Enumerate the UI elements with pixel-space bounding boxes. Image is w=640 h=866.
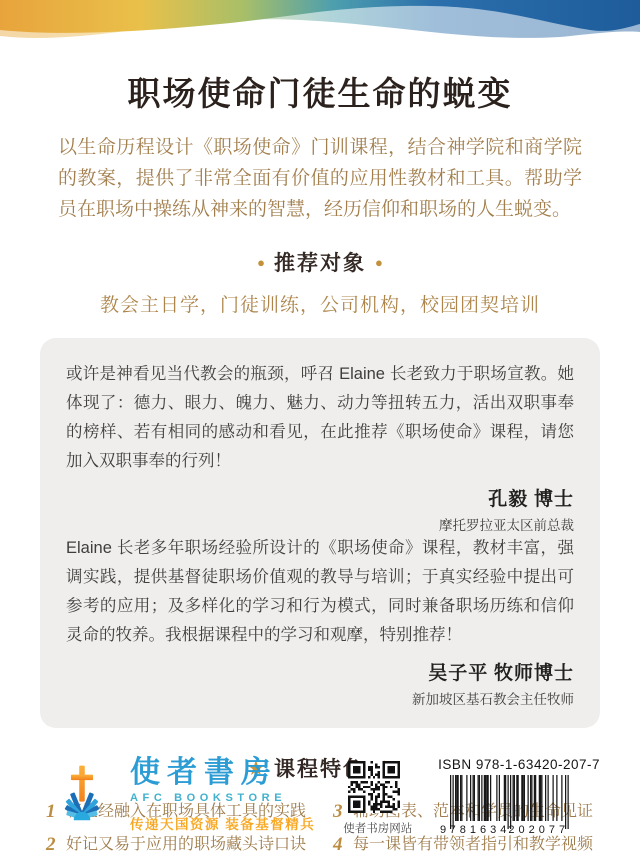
intro-paragraph: 以生命历程设计《职场使命》门训课程，结合神学院和商学院的教案，提供了非常全面有价… (58, 132, 582, 225)
qr-block: 使者书房网站 (343, 753, 405, 836)
qr-caption: 使者书房网站 (343, 820, 405, 836)
bookstore-logo-text: 使者書房 AFC BOOKSTORE 传递天国资源 装备基督精兵 (130, 753, 315, 833)
svg-text:781634: 781634 (450, 824, 511, 836)
footer: 使者書房 AFC BOOKSTORE 传递天国资源 装备基督精兵 使者书房网站 … (44, 753, 600, 841)
bookstore-subtitle: AFC BOOKSTORE (130, 792, 315, 804)
book-back-cover: 职场使命门徒生命的蜕变 以生命历程设计《职场使命》门训课程，结合神学院和商学院的… (0, 0, 640, 866)
ean13-barcode: 9781634202077 (438, 775, 586, 841)
svg-text:202077: 202077 (509, 824, 570, 836)
header-wave-graphic (0, 0, 640, 58)
audience-heading-text: 推荐对象 (274, 251, 366, 275)
bookstore-name: 使者書房 (130, 757, 315, 789)
open-book-cross-icon (44, 753, 120, 837)
audience-text: 教会主日学，门徒训练，公司机构，校园团契培训 (0, 290, 640, 317)
svg-text:9: 9 (440, 824, 446, 836)
page-title: 职场使命门徒生命的蜕变 (0, 68, 640, 115)
testimonial-quote-2: Elaine 长老多年职场经验所设计的《职场使命》课程，教材丰富，强调实践，提供… (66, 534, 574, 650)
bullet-icon: ● (375, 255, 383, 270)
testimonial-title-2: 新加坡区基石教会主任牧师 (66, 688, 574, 708)
audience-heading: ●推荐对象● (0, 247, 640, 277)
bookstore-logo: 使者書房 AFC BOOKSTORE 传递天国资源 装备基督精兵 (44, 753, 315, 837)
qr-code (348, 761, 400, 813)
testimonial-quote-1: 或许是神看见当代教会的瓶颈，呼召 Elaine 长老致力于职场宣教。她体现了：德… (66, 360, 574, 476)
testimonial-title-1: 摩托罗拉亚太区前总裁 (66, 514, 574, 534)
testimonial-name-2: 吴子平 牧师博士 (66, 658, 574, 685)
bookstore-tagline: 传递天国资源 装备基督精兵 (130, 813, 315, 833)
isbn-label: ISBN 978-1-63420-207-7 (438, 757, 600, 772)
testimonial-box: 或许是神看见当代教会的瓶颈，呼召 Elaine 长老致力于职场宣教。她体现了：德… (40, 338, 600, 728)
testimonial-name-1: 孔毅 博士 (66, 484, 574, 511)
bullet-icon: ● (257, 255, 265, 270)
isbn-block: ISBN 978-1-63420-207-7 9781634202077 (438, 753, 600, 841)
